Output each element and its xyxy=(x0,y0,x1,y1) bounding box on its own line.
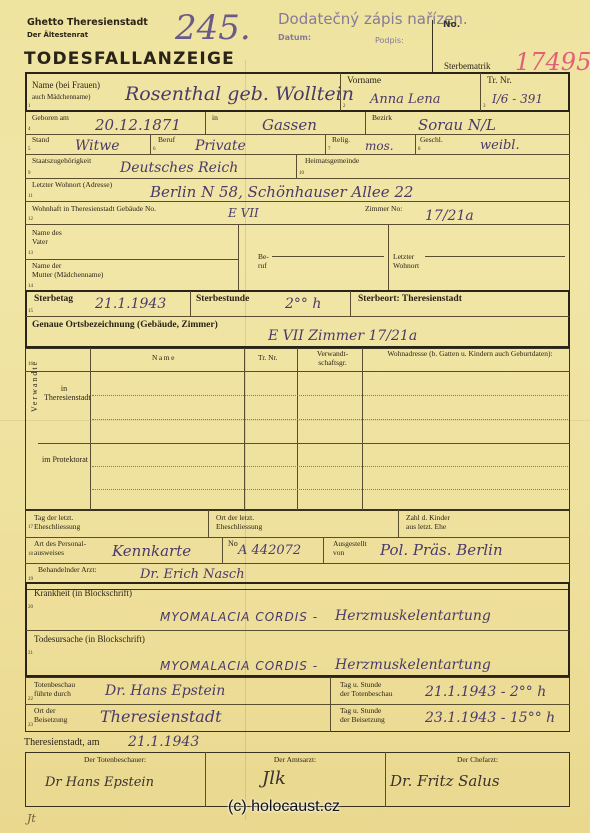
id-type-value: Kennkarte xyxy=(112,542,191,560)
tag-totenbeschau-value: 21.1.1943 - 2°° h xyxy=(425,684,546,700)
geschl-value: weibl. xyxy=(480,138,520,153)
org-subtitle: Der Ältestenrat xyxy=(27,31,88,39)
vater-label: Name desVater xyxy=(32,229,62,246)
staats-label: Staatszugehörigkeit xyxy=(32,157,91,166)
group-theresienstadt: in Theresienstadt xyxy=(44,384,84,402)
group-protektorat: im Protektorat xyxy=(42,455,88,464)
id-type-label: Art des Personal-ausweises xyxy=(34,540,86,557)
trnr-value: I/6 - 391 xyxy=(492,92,543,106)
divider xyxy=(425,256,565,257)
relig-value: mos. xyxy=(365,139,394,153)
sterbetag-label: Sterbetag xyxy=(34,294,73,304)
marriage-place-label: Ort der letzt.Eheschliessung xyxy=(216,514,262,531)
field-number: 6 xyxy=(153,147,156,152)
ortsbez-value: E VII Zimmer 17/21a xyxy=(268,328,417,344)
col-header-verwandt: Verwandt-schaftsgr. xyxy=(305,350,360,367)
divider xyxy=(25,154,570,155)
dotted-line xyxy=(92,489,568,490)
field-number: 18 xyxy=(28,552,33,557)
divider xyxy=(272,256,384,257)
field-number: 15 xyxy=(28,309,33,314)
wohnort-value: Berlin N 58, Schönhauser Allee 22 xyxy=(150,183,413,201)
divider xyxy=(205,112,206,134)
czech-stamp: Dodatečný zápis nařízen. xyxy=(278,10,468,28)
field-number: 4 xyxy=(28,127,31,132)
wohnhaft-value: E VII xyxy=(228,206,259,220)
staats-value: Deutsches Reich xyxy=(120,160,238,176)
field-number: 1 xyxy=(28,104,31,109)
in-value: Gassen xyxy=(262,116,317,134)
divider xyxy=(208,510,209,537)
divider xyxy=(25,704,570,705)
geboren-label: Geboren am xyxy=(32,114,69,123)
zimmer-value: 17/21a xyxy=(425,208,474,224)
id-no-value: A 442072 xyxy=(238,543,301,558)
divider xyxy=(222,537,223,563)
divider xyxy=(325,134,326,154)
bezirk-value: Sorau N/L xyxy=(418,116,496,134)
wohnhaft-label: Wohnhaft in Theresienstadt Gebäude No. xyxy=(32,205,156,214)
divider xyxy=(190,291,191,316)
beruf-label: Beruf xyxy=(158,136,175,145)
divider xyxy=(25,563,570,564)
field-number: 2 xyxy=(343,104,346,109)
sterbematrik-label: Sterbematrik xyxy=(444,61,491,71)
divider xyxy=(362,348,363,510)
dotted-line xyxy=(92,395,568,396)
heimat-label: Heimatsgemeinde xyxy=(305,157,359,166)
czech-no-label: No. xyxy=(443,20,460,30)
field-number: 7 xyxy=(328,147,331,152)
tag-beisetzung-label: Tag u. Stundeder Beisetzung xyxy=(340,707,385,724)
todesursache-value-block: MYOMALACIA CORDIS - xyxy=(160,659,318,673)
field-number: 21 xyxy=(28,651,33,656)
todesursache-label: Todesursache (in Blockschrift) xyxy=(34,634,145,644)
place-date-value: 21.1.1943 xyxy=(128,734,199,750)
ort-beisetzung-value: Theresienstadt xyxy=(100,707,222,726)
place-date-label: Theresienstadt, am xyxy=(24,737,100,749)
form-title: TODESFALLANZEIGE xyxy=(24,49,235,69)
geboren-value: 20.12.1871 xyxy=(95,116,181,134)
czech-podpis-label: Podpis: xyxy=(375,36,404,45)
divider xyxy=(25,178,570,179)
totenbeschau-label: Totenbeschauführte durch xyxy=(34,681,75,698)
ortsbez-label: Genaue Ortsbezeichnung (Gebäude, Zimmer) xyxy=(32,320,218,330)
field-number: 8 xyxy=(418,147,421,152)
doctor-value: Dr. Erich Nasch xyxy=(140,567,245,582)
vorname-value: Anna Lena xyxy=(370,92,440,107)
krankheit-label: Krankheit (in Blockschrift) xyxy=(34,588,132,598)
totenbeschauer-signature: Dr Hans Epstein xyxy=(45,775,154,790)
name-label-2: auch Mädchenname) xyxy=(32,93,91,101)
krankheit-value-script: Herzmuskelentartung xyxy=(335,608,491,624)
id-no-label: No xyxy=(228,539,238,548)
divider xyxy=(238,224,239,290)
tag-totenbeschau-label: Tag u. Stundeder Totenbeschau xyxy=(340,681,392,698)
org-name: Ghetto Theresienstadt xyxy=(27,17,148,28)
dotted-line xyxy=(92,466,568,467)
divider xyxy=(38,443,570,444)
verwandte-label: Verwandte xyxy=(30,360,39,412)
mutter-label: Name derMutter (Mädchenname) xyxy=(32,262,103,279)
name-value: Rosenthal geb. Wolltein xyxy=(125,83,354,105)
parent-wohnort-label: LetzterWohnort xyxy=(393,253,419,270)
divider xyxy=(415,134,416,154)
name-label: Name (bei Frauen) xyxy=(32,80,100,90)
totenbeschau-value: Dr. Hans Epstein xyxy=(105,683,225,699)
stand-label: Stand xyxy=(32,136,49,145)
col-header-trnr: Tr. Nr. xyxy=(258,354,278,363)
divider xyxy=(90,348,91,510)
field-number: 5 xyxy=(28,147,31,152)
divider xyxy=(25,259,238,260)
marriage-date-label: Tag der letzt.Eheschliessung xyxy=(34,514,80,531)
divider xyxy=(26,630,569,631)
sterbeort-label: Sterbeort: Theresienstadt xyxy=(358,294,462,304)
krankheit-value-block: MYOMALACIA CORDIS - xyxy=(160,610,318,624)
field-number: 12 xyxy=(28,217,33,222)
col-header-wohnadresse: Wohnadresse (b. Gatten u. Kindern auch G… xyxy=(380,350,560,359)
field-number: 20 xyxy=(28,605,33,610)
trnr-label: Tr. Nr. xyxy=(487,76,512,87)
issued-by-value: Pol. Präs. Berlin xyxy=(380,541,503,559)
parent-beruf-label: Be-ruf xyxy=(258,253,269,270)
field-number: 9 xyxy=(28,171,31,176)
chefarzt-label: Der Chefarzt: xyxy=(385,756,570,765)
field-number: 14 xyxy=(28,284,33,289)
in-label: in xyxy=(212,114,218,123)
col-header-name: Name xyxy=(152,354,176,363)
field-number: 19 xyxy=(28,577,33,582)
totenbeschauer-label: Der Totenbeschauer: xyxy=(25,756,205,765)
czech-datum-label: Datum: xyxy=(278,33,311,42)
watermark: (c) holocaust.cz xyxy=(228,798,340,816)
field-number: 22 xyxy=(28,697,33,702)
divider xyxy=(330,677,331,732)
field-number: 10 xyxy=(299,171,304,176)
issued-by-label: Ausgestelltvon xyxy=(333,540,367,557)
divider xyxy=(388,224,389,290)
bezirk-label: Bezirk xyxy=(372,114,392,123)
divider xyxy=(480,73,481,111)
divider xyxy=(244,348,245,510)
divider xyxy=(432,20,433,72)
vorname-label: Vorname xyxy=(347,76,381,87)
field-number: 16 xyxy=(28,362,33,367)
sterbestunde-label: Sterbestunde xyxy=(196,294,249,304)
wohnort-label: Letzter Wohnort (Adresse) xyxy=(32,181,112,190)
initials: Jt xyxy=(27,812,36,825)
field-number: 17 xyxy=(28,525,33,530)
handwritten-number: 245. xyxy=(175,8,251,48)
field-number: 23 xyxy=(28,723,33,728)
divider xyxy=(150,134,151,154)
divider xyxy=(26,316,569,317)
chefarzt-signature: Dr. Fritz Salus xyxy=(390,772,500,790)
field-number: 3 xyxy=(483,104,486,109)
geschl-label: Geschl. xyxy=(420,136,443,145)
sterbestunde-value: 2°° h xyxy=(285,296,321,312)
todesursache-value-script: Herzmuskelentartung xyxy=(335,657,491,673)
field-number: 13 xyxy=(28,251,33,256)
zimmer-label: Zimmer No: xyxy=(365,205,402,214)
divider xyxy=(297,348,298,510)
sterbetag-value: 21.1.1943 xyxy=(95,296,166,312)
divider xyxy=(323,537,324,563)
dotted-line xyxy=(92,419,568,420)
divider xyxy=(25,537,570,538)
doctor-label: Behandelnder Arzt: xyxy=(38,566,97,575)
amtsarzt-label: Der Amtsarzt: xyxy=(205,756,385,765)
ort-beisetzung-label: Ort derBeisetzung xyxy=(34,707,67,724)
stand-value: Witwe xyxy=(75,138,120,154)
amtsarzt-signature: Jlk xyxy=(262,768,286,789)
tag-beisetzung-value: 23.1.1943 - 15°° h xyxy=(425,710,555,726)
divider xyxy=(365,112,366,134)
divider xyxy=(25,134,570,135)
field-number: 11 xyxy=(28,194,33,199)
beruf-value: Private xyxy=(195,138,246,154)
divider xyxy=(398,510,399,537)
divider xyxy=(25,201,570,202)
divider xyxy=(25,224,570,225)
children-count-label: Zahl d. Kinderaus letzt. Ehe xyxy=(406,514,450,531)
relig-label: Relig. xyxy=(332,136,350,145)
divider xyxy=(350,291,351,316)
divider xyxy=(296,154,297,178)
